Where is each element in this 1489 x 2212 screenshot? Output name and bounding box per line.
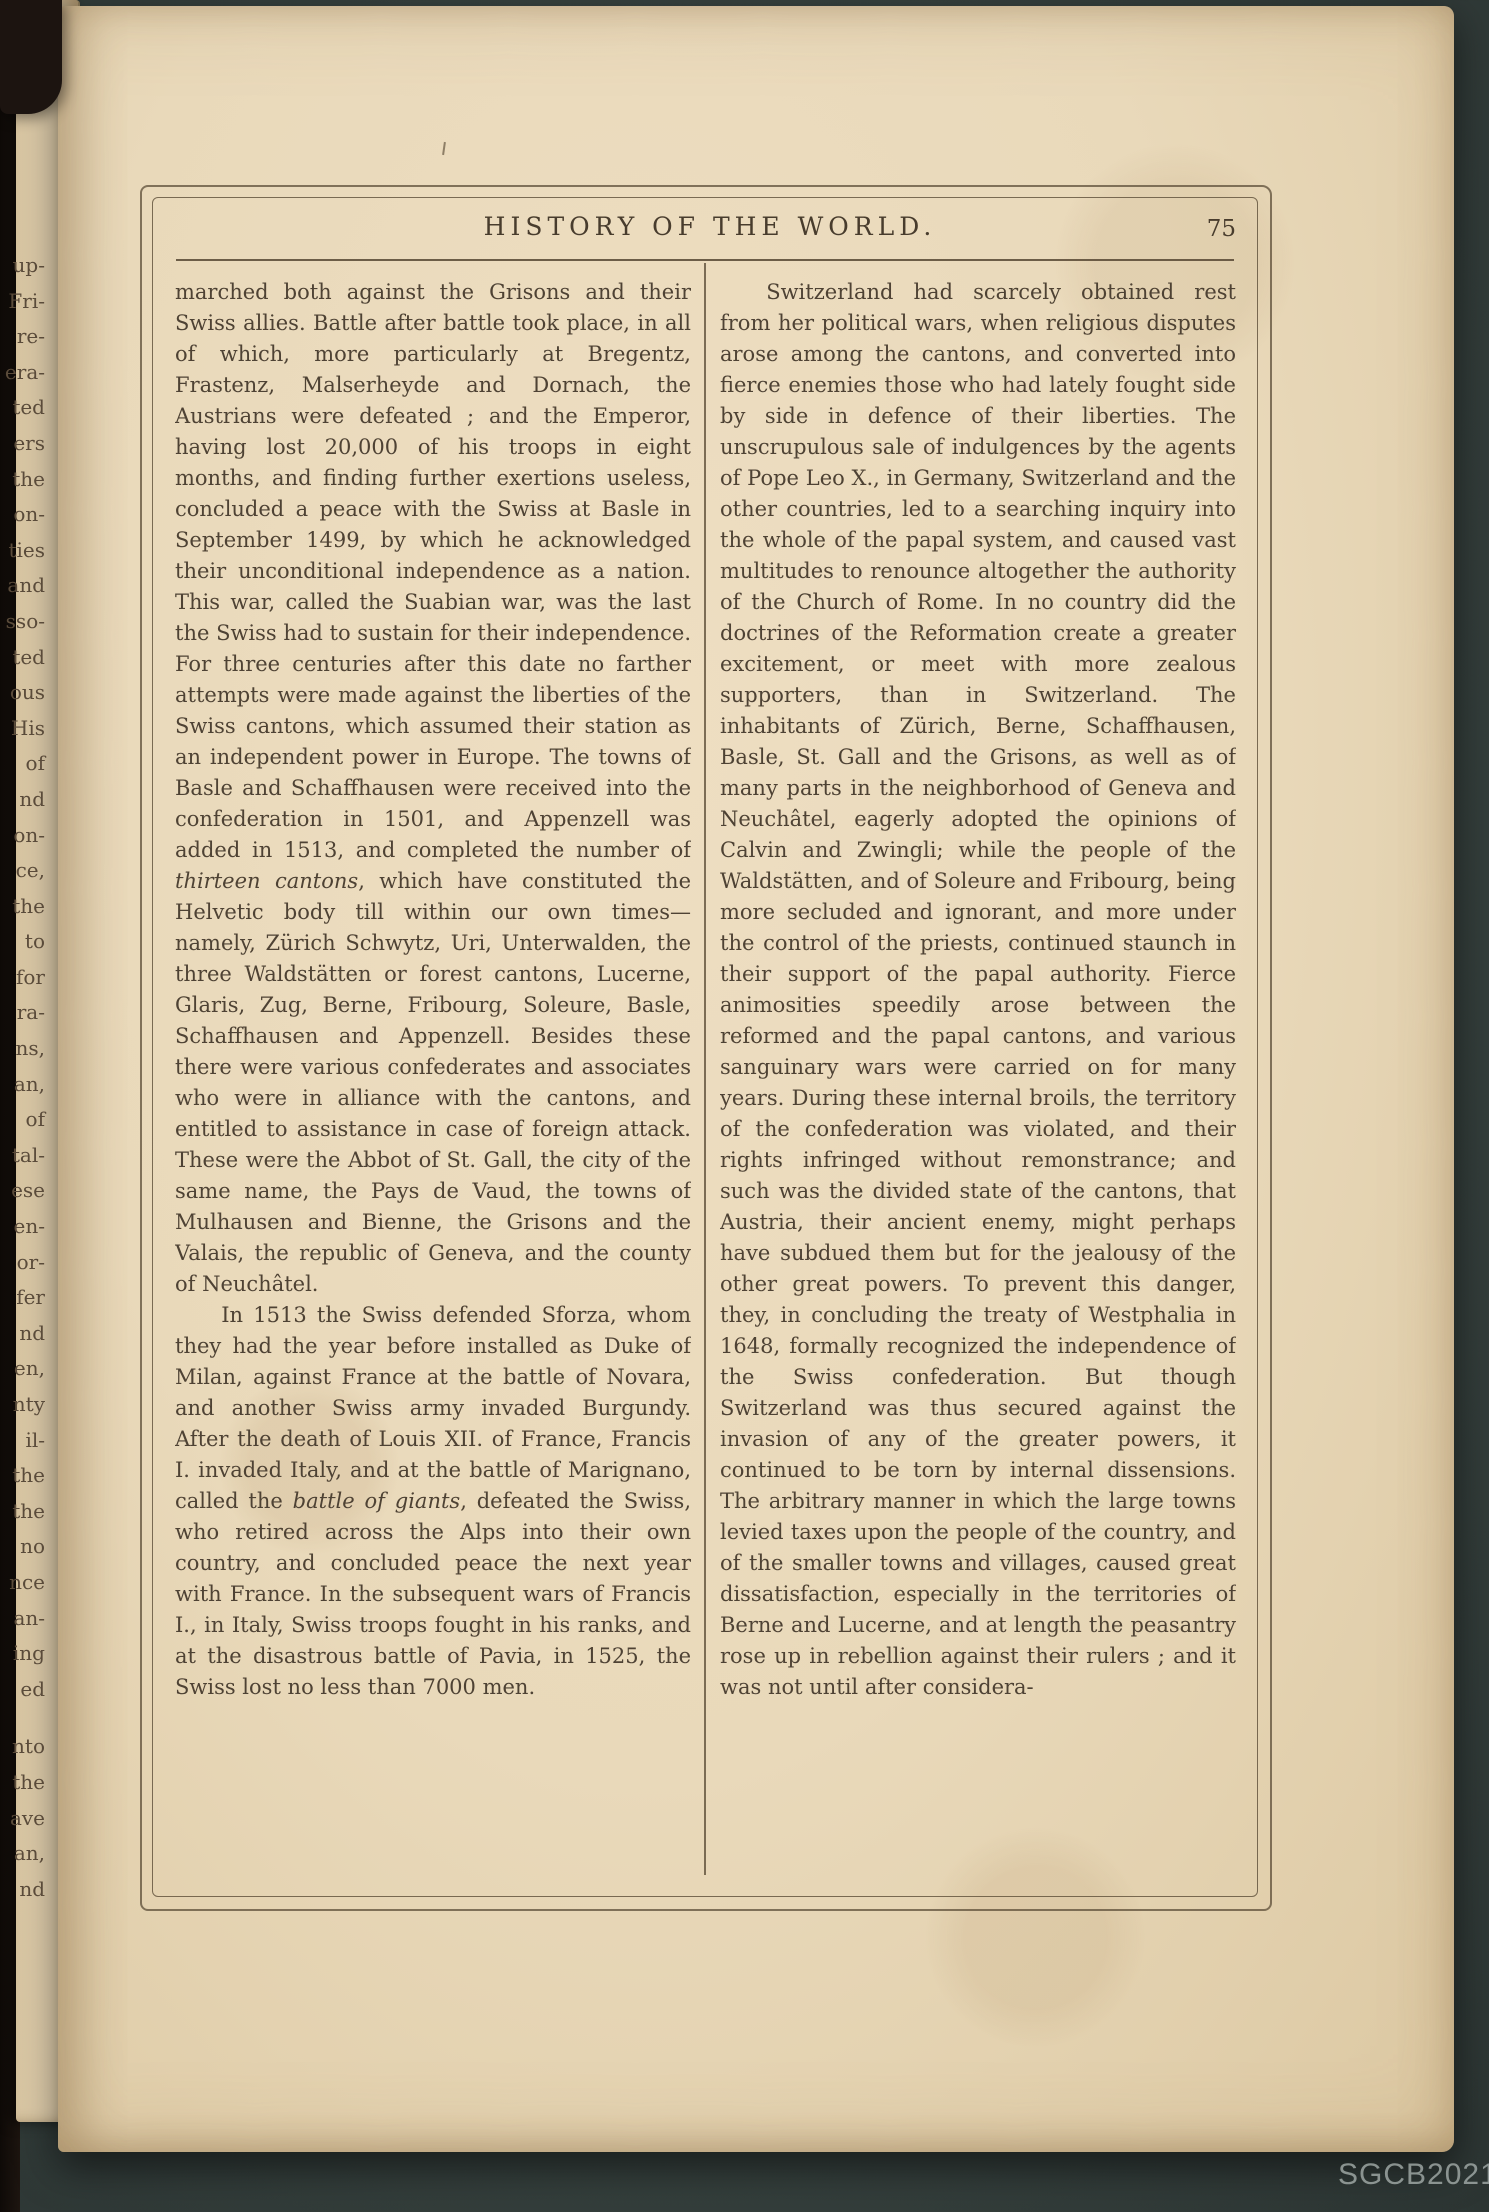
gutter-fragment: the bbox=[0, 1765, 45, 1801]
gutter-fragment: or- bbox=[0, 1245, 45, 1281]
gutter-fragment: ties bbox=[0, 533, 45, 569]
page-number: 75 bbox=[1140, 216, 1236, 242]
gutter-fragment: ave bbox=[0, 1801, 45, 1837]
gutter-fragment: ns, bbox=[0, 1031, 45, 1067]
gutter-fragment: the bbox=[0, 1458, 45, 1494]
gutter-fragment: the bbox=[0, 1494, 45, 1530]
gutter-fragment: an, bbox=[0, 1067, 45, 1103]
paragraph-left-2: In 1513 the Swiss defended Sforza, whom … bbox=[175, 1300, 691, 1703]
scanned-book-photo: up-Fri-re-era-tederstheon-tiesandsso-ted… bbox=[0, 0, 1489, 2212]
gutter-fragment: nty bbox=[0, 1387, 45, 1423]
gutter-fragment: re- bbox=[0, 319, 45, 355]
gutter-fragment: nd bbox=[0, 1316, 45, 1352]
gutter-fragment: ers bbox=[0, 426, 45, 462]
gutter-fragment: ted bbox=[0, 390, 45, 426]
gutter-fragment: nd bbox=[0, 782, 45, 818]
gutter-fragment: no bbox=[0, 1529, 45, 1565]
gutter-fragment: up- bbox=[0, 248, 45, 284]
paragraph-right-1: Switzerland had scarcely obtained rest f… bbox=[720, 277, 1236, 1703]
gutter-fragment: His bbox=[0, 711, 45, 747]
gutter-fragment: en- bbox=[0, 1209, 45, 1245]
gutter-fragment: ous bbox=[0, 675, 45, 711]
gutter-fragment: the bbox=[0, 462, 45, 498]
gutter-fragment: fer bbox=[0, 1280, 45, 1316]
column-right: Switzerland had scarcely obtained rest f… bbox=[720, 277, 1236, 1899]
gutter-fragment: sso- bbox=[0, 604, 45, 640]
gutter-fragment: and bbox=[0, 568, 45, 604]
gutter-fragment: nd bbox=[0, 1872, 45, 1908]
paragraph-left-1: marched both against the Grisons and the… bbox=[175, 277, 691, 1300]
gutter-fragment: ra- bbox=[0, 995, 45, 1031]
gutter-fragment: of bbox=[0, 746, 45, 782]
gutter-text-fragments: up-Fri-re-era-tederstheon-tiesandsso-ted… bbox=[0, 248, 45, 1907]
column-divider bbox=[704, 263, 706, 1875]
gutter-fragment: ed bbox=[0, 1672, 45, 1708]
gutter-fragment: nto bbox=[0, 1729, 45, 1765]
column-left: marched both against the Grisons and the… bbox=[175, 277, 691, 1875]
gutter-fragment: en, bbox=[0, 1351, 45, 1387]
gutter-fragment: ce, bbox=[0, 853, 45, 889]
gutter-fragment: Fri- bbox=[0, 284, 45, 320]
running-head: HISTORY OF THE WORLD. bbox=[330, 212, 1090, 241]
gutter-fragment: on- bbox=[0, 818, 45, 854]
header-rule bbox=[176, 259, 1234, 261]
gutter-fragment: an- bbox=[0, 1601, 45, 1637]
gutter-fragment: ing bbox=[0, 1636, 45, 1672]
gutter-fragment: of bbox=[0, 1102, 45, 1138]
gutter-fragment: on- bbox=[0, 497, 45, 533]
gutter-fragment: ted bbox=[0, 640, 45, 676]
gutter-fragment: an, bbox=[0, 1836, 45, 1872]
gutter-fragment: era- bbox=[0, 355, 45, 391]
gutter-fragment: ese bbox=[0, 1173, 45, 1209]
gutter-fragment: il- bbox=[0, 1423, 45, 1459]
gutter-fragment: the bbox=[0, 889, 45, 925]
gutter-fragment: to bbox=[0, 924, 45, 960]
gutter-fragment bbox=[0, 1707, 45, 1729]
gutter-fragment: for bbox=[0, 960, 45, 996]
watermark: SGCB2021 bbox=[1338, 2158, 1489, 2192]
gutter-fragment: nce bbox=[0, 1565, 45, 1601]
binding-corner bbox=[0, 0, 62, 114]
gutter-fragment: tal- bbox=[0, 1138, 45, 1174]
